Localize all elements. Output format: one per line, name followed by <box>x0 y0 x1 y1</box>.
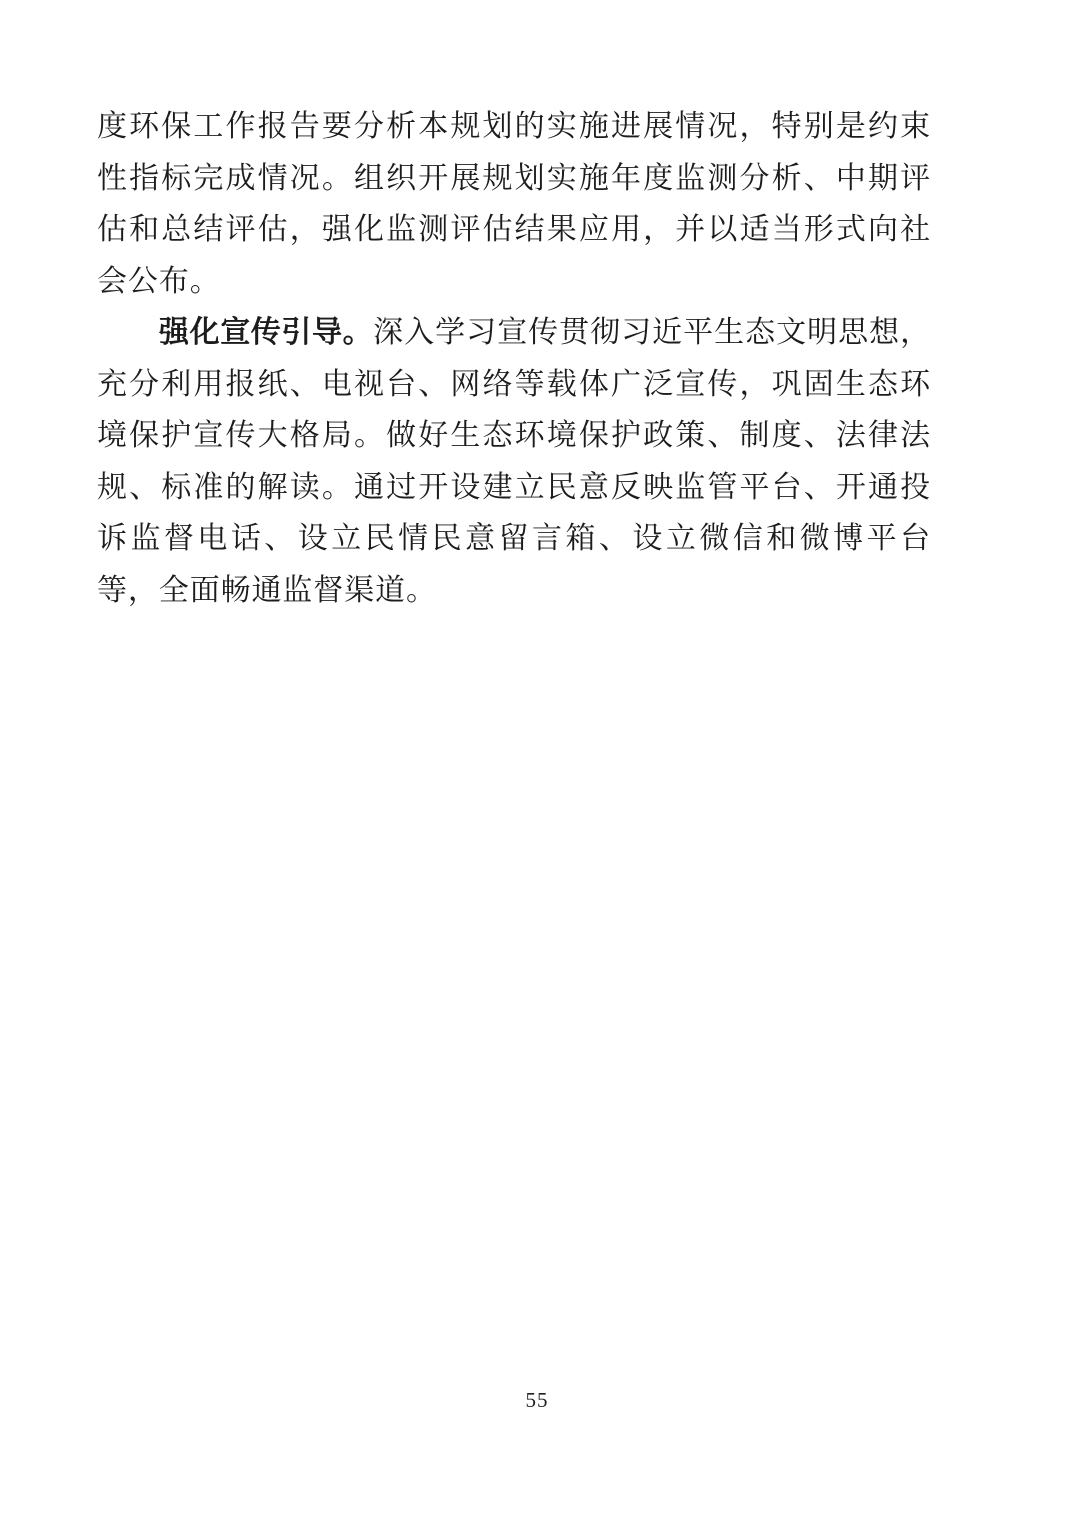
paragraph-lead-bold: 强化宣传引导。 <box>159 316 373 349</box>
paragraph-continuation: 度环保工作报告要分析本规划的实施进展情况，特别是约束性指标完成情况。组织开展规划… <box>97 101 931 307</box>
document-body: 度环保工作报告要分析本规划的实施进展情况，特别是约束性指标完成情况。组织开展规划… <box>97 101 931 616</box>
paragraph: 强化宣传引导。深入学习宣传贯彻习近平生态文明思想，充分利用报纸、电视台、网络等载… <box>97 307 931 616</box>
paragraph-text: 度环保工作报告要分析本规划的实施进展情况，特别是约束性指标完成情况。组织开展规划… <box>97 110 931 298</box>
document-page: 度环保工作报告要分析本规划的实施进展情况，特别是约束性指标完成情况。组织开展规划… <box>0 0 1074 1520</box>
page-number: 55 <box>526 1388 549 1412</box>
page-footer: 55 <box>0 1388 1074 1413</box>
paragraph-text: 深入学习宣传贯彻习近平生态文明思想，充分利用报纸、电视台、网络等载体广泛宣传，巩… <box>97 316 931 607</box>
